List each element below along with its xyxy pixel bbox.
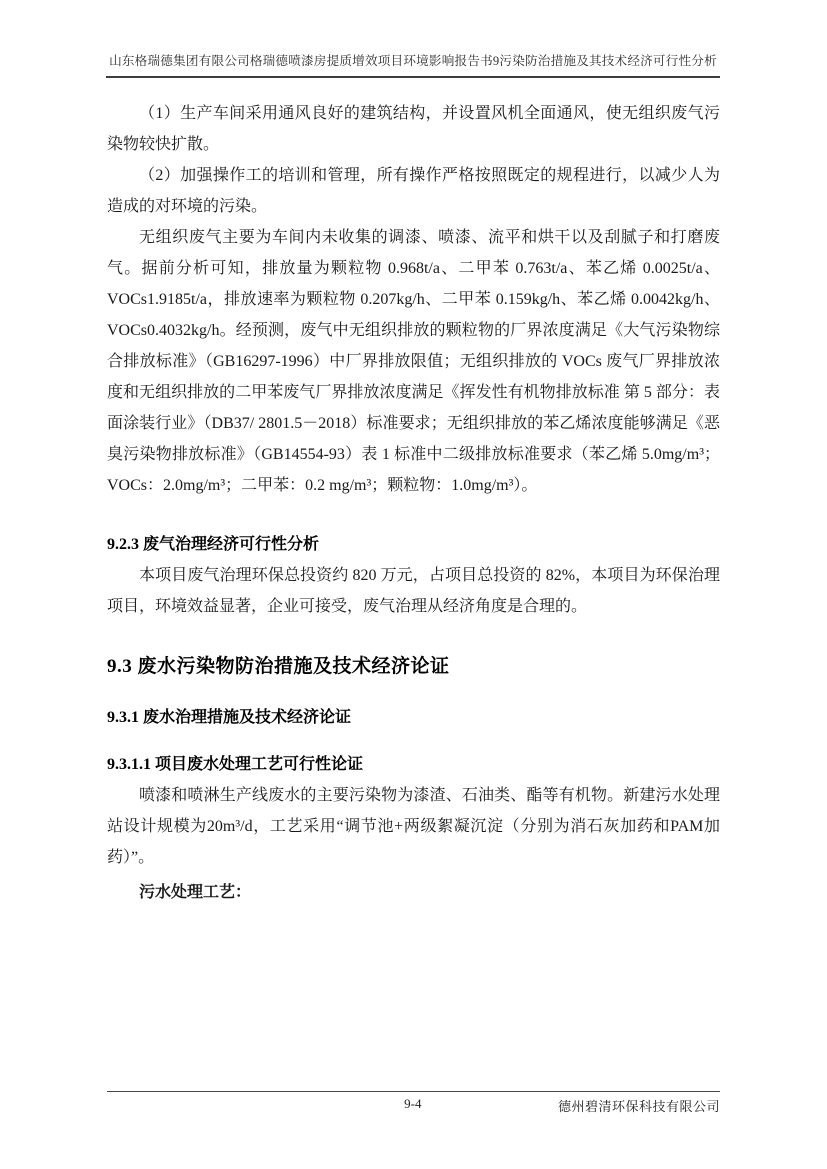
paragraph-measure-2: （2）加强操作工的培训和管理，所有操作严格按照既定的规程进行，以减少人为造成的对… [107,160,720,222]
footer-company-name: 德州碧清环保科技有限公司 [558,1096,720,1115]
section-heading-9-3: 9.3 废水污染物防治措施及技术经济论证 [107,649,720,685]
document-page: 山东格瑞德集团有限公司格瑞德喷漆房提质增效项目环境影响报告书9污染防治措施及其技… [0,0,827,1169]
page-content: （1）生产车间采用通风良好的建筑结构，并设置风机全面通风，使无组织废气污染物较快… [107,98,720,908]
paragraph-wastewater-process: 喷漆和喷淋生产线废水的主要污染物为漆渣、石油类、酯等有机物。新建污水处理站设计规… [107,780,720,873]
paragraph-fugitive-emissions: 无组织废气主要为车间内未收集的调漆、喷漆、流平和烘干以及刮腻子和打磨废气。据前分… [107,222,720,501]
page-number: 9-4 [404,1096,421,1112]
section-heading-9-3-1: 9.3.1 废水治理措施及技术经济论证 [107,702,720,733]
page-header-title: 山东格瑞德集团有限公司格瑞德喷漆房提质增效项目环境影响报告书9污染防治措施及其技… [109,54,717,68]
section-heading-9-2-3: 9.2.3 废气治理经济可行性分析 [107,529,720,560]
label-sewage-treatment-process: 污水处理工艺： [107,877,720,908]
section-heading-9-3-1-1: 9.3.1.1 项目废水处理工艺可行性论证 [107,749,720,780]
paragraph-measure-1: （1）生产车间采用通风良好的建筑结构，并设置风机全面通风，使无组织废气污染物较快… [107,98,720,160]
page-footer: 9-4 德州碧清环保科技有限公司 [107,1091,720,1117]
paragraph-economic-feasibility: 本项目废气治理环保总投资约 820 万元，占项目总投资的 82%，本项目为环保治… [107,560,720,622]
page-header: 山东格瑞德集团有限公司格瑞德喷漆房提质增效项目环境影响报告书9污染防治措施及其技… [106,50,720,78]
